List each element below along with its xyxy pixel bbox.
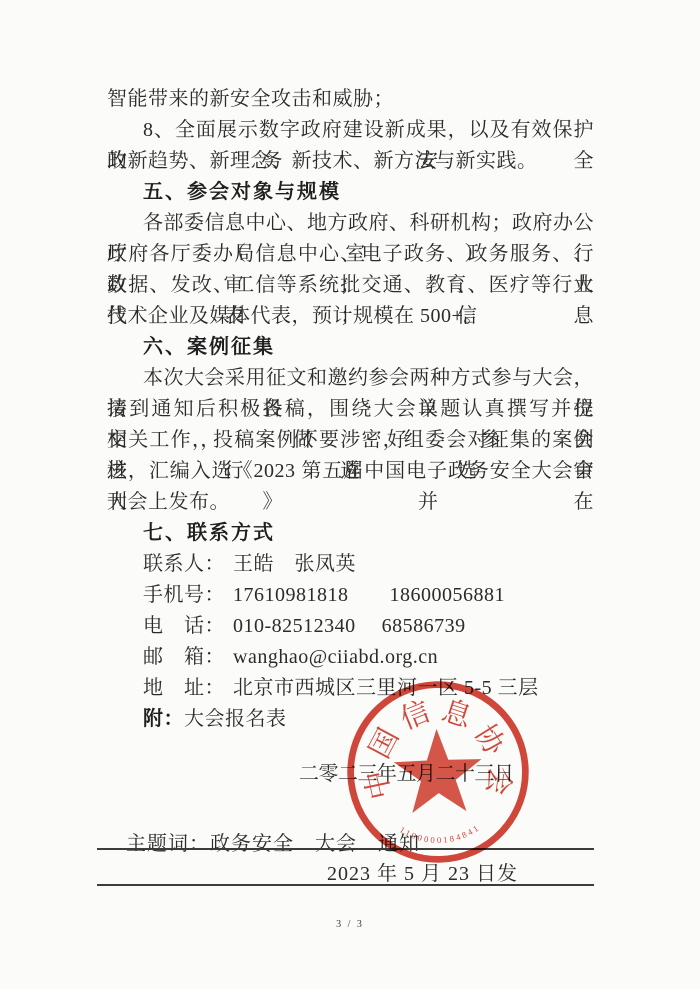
document-body: 智能带来的新安全攻击和威胁； 8、全面展示数字政府建设新成果，以及有效保护政务安… [107, 84, 594, 735]
scanned-document-page: 智能带来的新安全攻击和威胁； 8、全面展示数字政府建设新成果，以及有效保护政务安… [0, 0, 700, 989]
attachment-label: 附： [143, 708, 184, 730]
subject-keywords-label: 主题词： [126, 833, 210, 855]
contact-value: 17610981818 18600056881 [233, 584, 505, 606]
contact-value: 王皓 张凤英 [233, 553, 356, 575]
official-seal-stamp: 中 国 信 息 协 会 1100000184841 [339, 673, 538, 872]
contact-label: 地 址： [143, 677, 225, 699]
star-icon [393, 727, 484, 813]
paragraph-line: 政府各厅委办局信息中心、电子政务、政务服务、行政审批、大 [107, 239, 594, 270]
contact-row-person: 联系人：王皓 张凤英 [107, 549, 594, 580]
page-number: 3 / 3 [0, 919, 700, 930]
paragraph-line: 核，汇编入选《2023 第五届中国电子政务安全大会会刊》并在 [107, 456, 594, 487]
paragraph-line: 各部委信息中心、地方政府、科研机构；政府办公厅（室）、 [107, 208, 594, 239]
paragraph-line: 8、全面展示数字政府建设新成果，以及有效保护政务安全 [107, 115, 594, 146]
seal-char: 会 [480, 764, 516, 797]
seal-char: 息 [438, 695, 476, 735]
seal-serial-number: 1100000184841 [398, 822, 483, 847]
contact-value: 010-82512340 68586739 [233, 615, 466, 637]
section-heading-contact: 七、联系方式 [107, 518, 594, 549]
attachment-value: 大会报名表 [184, 708, 287, 730]
contact-label: 电 话： [143, 615, 225, 637]
paragraph-line: 智能带来的新安全攻击和威胁； [107, 84, 594, 115]
paragraph-line: 本次大会采用征文和邀约参会两种方式参与大会，请各单位 [107, 363, 594, 394]
paragraph-line: 数据、发改、工信等系统；交通、教育、医疗等行业代表；信息 [107, 270, 594, 301]
contact-value: wanghao@ciiabd.org.cn [233, 646, 438, 668]
contact-label: 手机号： [143, 584, 225, 606]
contact-row-email: 邮 箱：wanghao@ciiabd.org.cn [107, 642, 594, 673]
contact-row-mobile: 手机号：17610981818 18600056881 [107, 580, 594, 611]
contact-label: 邮 箱： [143, 646, 225, 668]
contact-label: 联系人： [143, 553, 225, 575]
paragraph-line: 相关工作，投稿案例不要涉密，组委会对征集的案例进行遴选审 [107, 425, 594, 456]
paragraph-line: 接到通知后积极投稿，围绕大会议题认真撰写并提交，做好参会 [107, 394, 594, 425]
seal-char: 中 [360, 767, 397, 802]
paragraph-line: 的新趋势、新理念、新技术、新方法与新实践。 [107, 146, 594, 177]
contact-row-phone: 电 话：010-82512340 68586739 [107, 611, 594, 642]
seal-char: 协 [468, 719, 511, 761]
footer-divider-bottom [97, 884, 594, 886]
seal-char: 信 [396, 696, 435, 736]
seal-char: 国 [364, 723, 406, 763]
section-heading-case-collection: 六、案例征集 [107, 332, 594, 363]
section-heading-participants: 五、参会对象与规模 [107, 177, 594, 208]
